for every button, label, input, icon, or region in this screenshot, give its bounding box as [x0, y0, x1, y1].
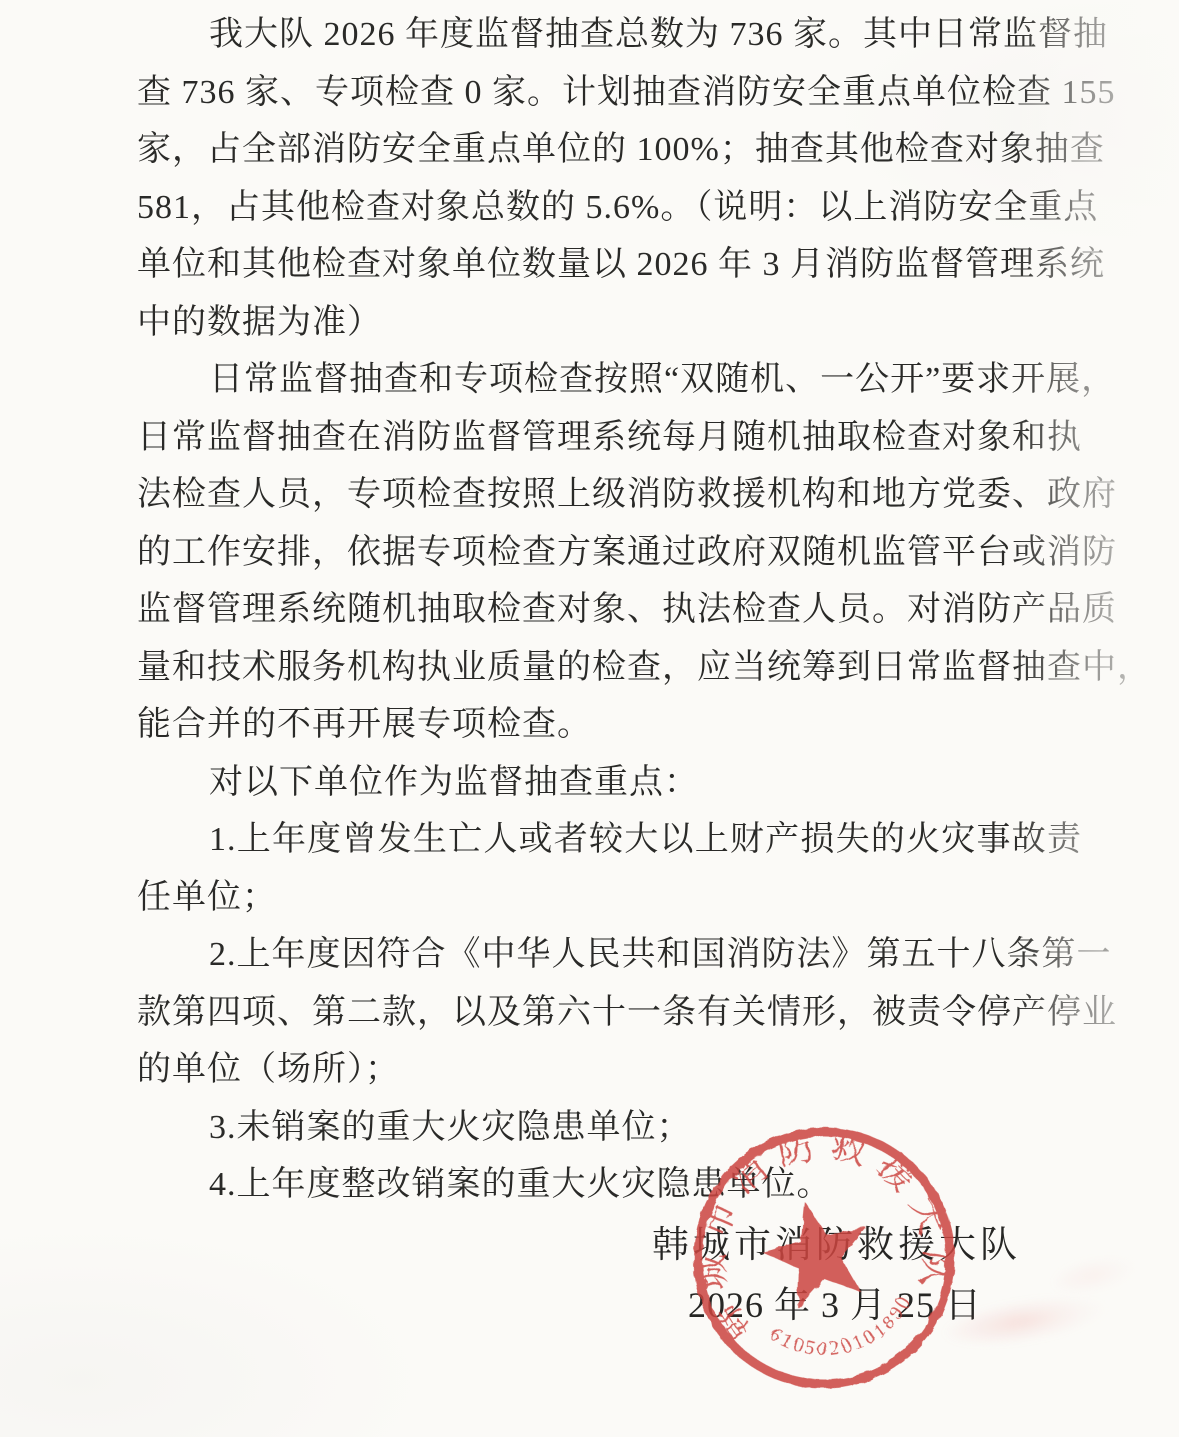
text-line: 家，占全部消防安全重点单位的 100%；抽查其他检查对象抽查: [137, 121, 1082, 179]
text-line: 款第四项、第二款，以及第六十一条有关情形，被责令停产停业: [137, 984, 1082, 1042]
ink-smudge: [1047, 1249, 1142, 1301]
signature-unit-name: 韩城市消防救援大队: [652, 1214, 1021, 1268]
text-line: 2.上年度因符合《中华人民共和国消防法》第五十八条第一: [137, 926, 1082, 984]
text-line: 我大队 2026 年度监督抽查总数为 736 家。其中日常监督抽: [137, 6, 1082, 64]
text-line: 日常监督抽查和专项检查按照“双随机、一公开”要求开展，: [137, 351, 1082, 409]
scanned-document-page: 我大队 2026 年度监督抽查总数为 736 家。其中日常监督抽 查 736 家…: [0, 0, 1179, 1437]
document-body: 我大队 2026 年度监督抽查总数为 736 家。其中日常监督抽 查 736 家…: [137, 6, 1082, 1214]
text-line: 日常监督抽查在消防监督管理系统每月随机抽取检查对象和执: [137, 409, 1082, 467]
text-line: 能合并的不再开展专项检查。: [137, 696, 1082, 754]
text-line: 3.未销案的重大火灾隐患单位；: [137, 1099, 1082, 1157]
text-line: 监督管理系统随机抽取检查对象、执法检查人员。对消防产品质: [137, 581, 1082, 639]
text-line: 4.上年度整改销案的重大火灾隐患单位。: [137, 1156, 1082, 1214]
text-line: 任单位；: [137, 869, 1082, 927]
text-line: 中的数据为准）: [137, 294, 1082, 352]
text-line: 查 736 家、专项检查 0 家。计划抽查消防安全重点单位检查 155: [137, 64, 1082, 122]
text-line: 的工作安排，依据专项检查方案通过政府双随机监管平台或消防: [137, 524, 1082, 582]
text-line: 法检查人员，专项检查按照上级消防救援机构和地方党委、政府: [137, 466, 1082, 524]
text-line: 1.上年度曾发生亡人或者较大以上财产损失的火灾事故责: [137, 811, 1082, 869]
text-line: 的单位（场所）；: [137, 1041, 1082, 1099]
text-line: 对以下单位作为监督抽查重点：: [137, 754, 1082, 812]
text-line: 581，占其他检查对象总数的 5.6%。（说明：以上消防安全重点: [137, 179, 1082, 237]
text-line: 量和技术服务机构执业质量的检查，应当统筹到日常监督抽查中，: [137, 639, 1082, 697]
signature-date: 2026 年 3 月 25 日: [688, 1277, 982, 1328]
text-line: 单位和其他检查对象单位数量以 2026 年 3 月消防监督管理系统: [137, 236, 1082, 294]
